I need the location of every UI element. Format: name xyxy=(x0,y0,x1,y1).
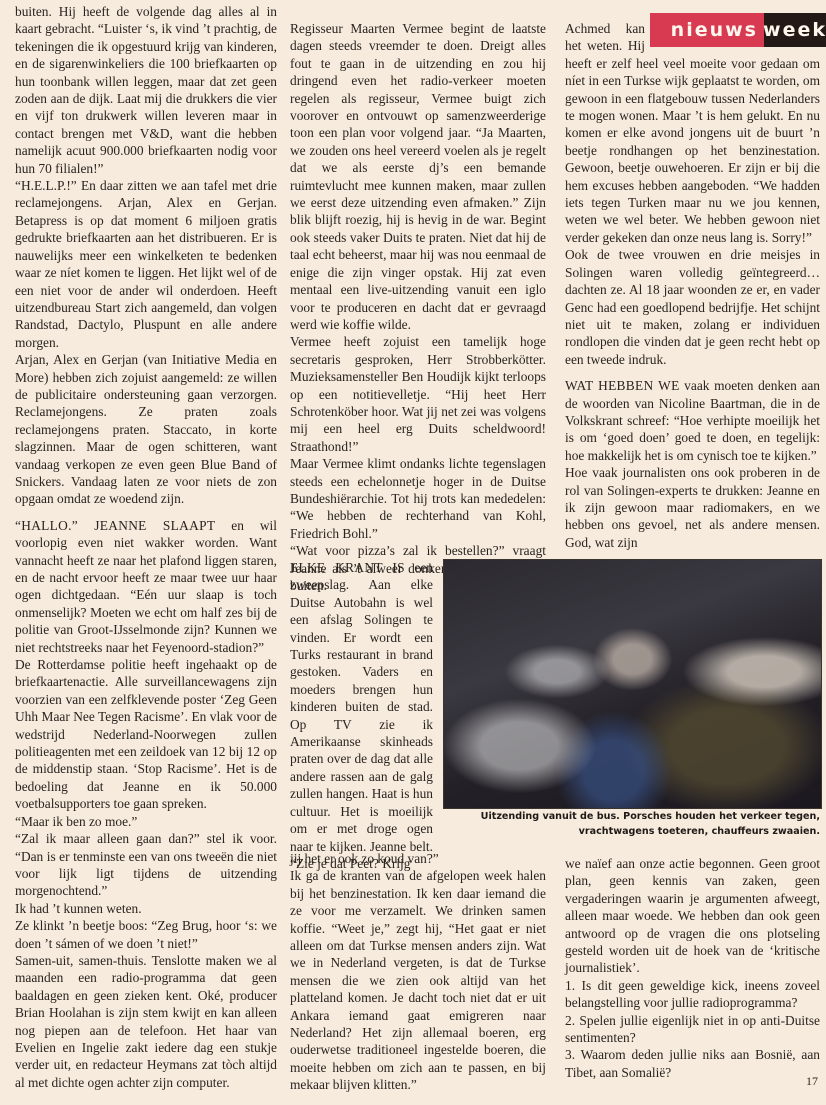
paragraph: Regisseur Maarten Vermee begint de laats… xyxy=(290,20,546,333)
section-start: “HALLO.” JEANNE SLAAPT en wil voorlopig … xyxy=(15,517,277,656)
paragraph: Maar Vermee klimt ondanks lichte tegensl… xyxy=(290,455,546,542)
paragraph: Arjan, Alex en Gerjan (van Initiative Me… xyxy=(15,351,277,508)
column-3: Achmed kan het weten. Hij heeft er zelf … xyxy=(565,20,820,551)
paragraph: we naïef aan onze actie begonnen. Geen g… xyxy=(565,855,820,977)
paragraph: Ook de twee vrouwen en drie meisjes in S… xyxy=(565,246,820,368)
section-start: WAT HEBBEN WE vaak moeten denken aan de … xyxy=(565,377,820,464)
paragraph: “Maar ik ben zo moe.” xyxy=(15,813,277,830)
column-2: Regisseur Maarten Vermee begint de laats… xyxy=(290,20,546,594)
list-item: 1. Is dit geen geweldige kick, ineens zo… xyxy=(565,977,820,1012)
section-lead: ELKE KRANT IS xyxy=(290,560,405,575)
paragraph: “H.E.L.P.!” En daar zitten we aan tafel … xyxy=(15,177,277,351)
section-lead: “HALLO.” JEANNE SLAAPT xyxy=(15,518,215,533)
column-2-bottom: jij het er ook zo koud van?” Ik ga de kr… xyxy=(290,850,546,1094)
photo-caption: Uitzending vanuit de bus. Porsches houde… xyxy=(443,810,820,839)
bus-broadcast-photo xyxy=(443,559,822,809)
paragraph: buiten. Hij heeft de volgende dag alles … xyxy=(15,3,277,177)
section-lead: WAT HEBBEN WE xyxy=(565,378,680,393)
paragraph: “Zal ik maar alleen gaan dan?” stel ik v… xyxy=(15,830,277,900)
badge-spacer xyxy=(645,20,820,54)
paragraph: Ik ga de kranten van de afgelopen week h… xyxy=(290,867,546,1093)
paragraph: jij het er ook zo koud van?” xyxy=(290,850,546,867)
paragraph: Hoe vaak journalisten ons ook proberen i… xyxy=(565,464,820,551)
paragraph: Samen-uit, samen-thuis. Tenslotte maken … xyxy=(15,952,277,1091)
column-2-beside-photo: ELKE KRANT IS een zweepslag. Aan elke Du… xyxy=(290,559,433,872)
paragraph: Ze klinkt ’n beetje boos: “Zeg Brug, hoo… xyxy=(15,917,277,952)
list-item: 2. Spelen jullie eigenlijk niet in op an… xyxy=(565,1012,820,1047)
page-number: 17 xyxy=(806,1074,818,1089)
column-1: buiten. Hij heeft de volgende dag alles … xyxy=(15,3,277,1091)
column-3-bottom: we naïef aan onze actie begonnen. Geen g… xyxy=(565,855,820,1081)
paragraph: De Rotterdamse politie heeft ingehaakt o… xyxy=(15,656,277,813)
section-start: ELKE KRANT IS een zweepslag. Aan elke Du… xyxy=(290,559,433,872)
paragraph: Achmed kan het weten. Hij heeft er zelf … xyxy=(565,20,820,246)
paragraph: Ik had ’t kunnen weten. xyxy=(15,900,277,917)
paragraph: Vermee heeft zojuist een tamelijk hoge s… xyxy=(290,333,546,455)
list-item: 3. Waarom deden jullie niks aan Bosnië, … xyxy=(565,1046,820,1081)
